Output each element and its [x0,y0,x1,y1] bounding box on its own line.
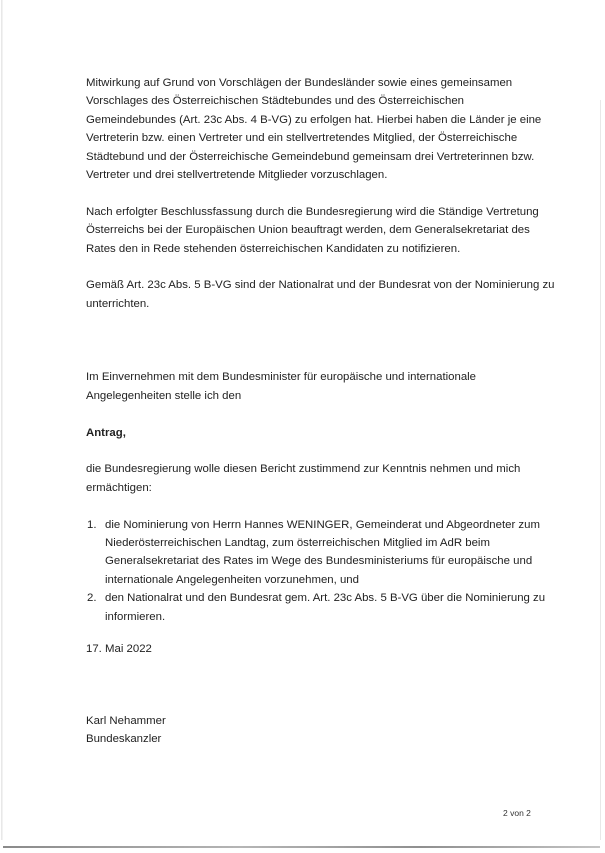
motion-item-text: den Nationalrat und den Bundesrat gem. A… [105,592,545,622]
paragraph-notification: Nach erfolgter Beschlussfassung durch di… [86,203,556,258]
motion-item-text: die Nominierung von Herrn Hannes WENINGE… [105,519,540,586]
document-date: 17. Mai 2022 [86,640,556,658]
motion-intro: die Bundesregierung wolle diesen Bericht… [86,460,541,497]
motion-list: 1. die Nominierung von Herrn Hannes WENI… [86,516,556,626]
motion-item-number: 1. [87,516,97,534]
paragraph-nomination-procedure: Mitwirkung auf Grund von Vorschlägen der… [86,74,548,184]
motion-item: 1. die Nominierung von Herrn Hannes WENI… [86,516,557,590]
signatory-name: Karl Nehammer [86,712,556,730]
signatory-title: Bundeskanzler [86,730,556,748]
page-left-edge [1,0,3,840]
motion-item-number: 2. [87,589,97,607]
motion-heading: Antrag, [86,424,556,442]
motion-item: 2. den Nationalrat und den Bundesrat gem… [86,589,557,626]
document-body: Mitwirkung auf Grund von Vorschlägen der… [86,74,556,749]
document-page: Mitwirkung auf Grund von Vorschlägen der… [0,0,605,853]
paragraph-agreement: Im Einvernehmen mit dem Bundesminister f… [86,368,506,405]
paragraph-parliament-info: Gemäß Art. 23c Abs. 5 B-VG sind der Nati… [86,276,556,313]
page-right-edge [600,100,601,840]
page-bottom-edge [3,846,600,848]
page-number: 2 von 2 [503,808,531,818]
